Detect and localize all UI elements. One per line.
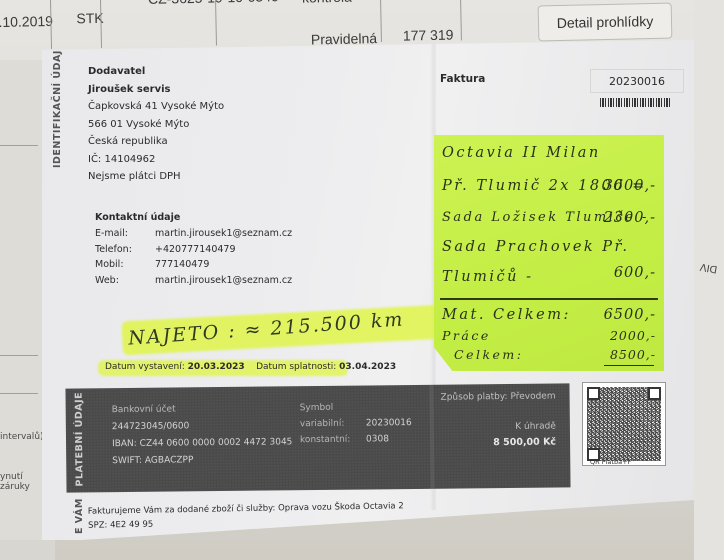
contact-title: Kontaktní údaje [95, 212, 292, 223]
qr-label: QR Platba+F [590, 458, 631, 466]
note-total-amount: 2000,- [610, 328, 656, 343]
detail-inspection-button[interactable]: Detail prohlídky [538, 3, 673, 42]
bg-protocol: CZ-3625-19-10-0540 [148, 0, 279, 7]
contact-row: Telefon:+420777140479 [95, 242, 292, 258]
contact-row: Mobil:777140479 [95, 257, 292, 273]
sticky-note: Octavia II Milan Př. Tlumič 2x 1800 = 36… [434, 135, 664, 371]
invoice-title: Faktura [440, 73, 485, 85]
constant-symbol: 0308 [366, 431, 389, 447]
right-page-edge: DIV [694, 0, 724, 560]
account-number: 244723045/0600 [112, 417, 293, 436]
payment-details-block: PLATEBNÍ ÚDAJE Bankovní účet 244723045/0… [65, 383, 570, 492]
iban: IBAN: CZ44 0600 0000 0002 4472 3045 [112, 434, 293, 453]
contact-mobile: 777140479 [155, 257, 209, 273]
invoice-dates: Datum vystavení: 20.03.2023 Datum splatn… [105, 362, 396, 372]
supplier-country: Česká republika [88, 133, 224, 151]
payment-method: Způsob platby: Převodem [440, 392, 555, 403]
bg-mileage: 177 319 [403, 27, 454, 44]
note-total-amount: 8500,- [610, 347, 656, 362]
contact-block: Kontaktní údaje E-mail:martin.jirousek1@… [95, 212, 292, 288]
bg-kind-top: kontrola [302, 0, 352, 6]
contact-phone: +420777140479 [155, 242, 236, 258]
due-date: 03.04.2023 [339, 362, 396, 372]
bg-date: .10.2019 [0, 13, 53, 30]
note-amount: 600,- [614, 265, 656, 281]
note-line: Sada Prachovek Př. [442, 239, 630, 255]
variable-symbol: 20230016 [366, 415, 412, 431]
note-line: Octavia II Milan [442, 145, 601, 161]
contact-web[interactable]: martin.jirousek1@seznam.cz [155, 273, 292, 289]
swift: SWIFT: AGBACZPP [112, 451, 293, 470]
supplier-city: 566 01 Vysoké Mýto [88, 116, 224, 134]
note-total-amount: 6500,- [604, 307, 656, 323]
left-fragment-1: intervalů) [0, 432, 44, 442]
contact-row: Web:martin.jirousek1@seznam.cz [95, 273, 292, 289]
bg-kind: Pravidelná [311, 30, 377, 47]
supplier-street: Čapkovská 41 Vysoké Mýto [88, 98, 224, 116]
supplier-label: Dodavatel [88, 63, 224, 81]
note-total-label: Práce [442, 328, 491, 343]
note-divider [440, 298, 658, 300]
issue-date: 20.03.2023 [188, 362, 245, 372]
symbols-block: Symbol variabilní:20230016 konstantní:03… [300, 399, 412, 448]
note-total-label: Celkem: [454, 347, 524, 362]
note-total-label: Mat. Celkem: [442, 307, 571, 323]
qr-code-icon [582, 382, 666, 466]
amount-due: 8 500,00 Kč [493, 437, 556, 449]
section-label-bottom: E VÁM [74, 498, 85, 534]
supplier-ico: IČ: 14104962 [88, 151, 224, 169]
note-underline [604, 365, 654, 366]
barcode-icon [600, 98, 672, 107]
invoice-number: 20230016 [590, 69, 684, 93]
supplier-block: Dodavatel Jiroušek servis Čapkovská 41 V… [88, 63, 224, 186]
note-line: Tlumičů - [442, 269, 534, 285]
supplier-vat-note: Nejsme plátci DPH [88, 168, 224, 186]
section-label-identification: IDENTIFIKAČNÍ ÚDAJE [52, 43, 63, 168]
note-amount: 2300,- [604, 210, 656, 226]
note-amount: 3600,- [604, 178, 656, 194]
right-fragment: DIV [699, 261, 718, 275]
contact-row: E-mail:martin.jirousek1@seznam.cz [95, 226, 292, 242]
section-label-payment: PLATEBNÍ ÚDAJE [74, 392, 86, 487]
bank-account-block: Bankovní účet 244723045/0600 IBAN: CZ44 … [112, 400, 293, 470]
contact-email[interactable]: martin.jirousek1@seznam.cz [155, 226, 292, 242]
supplier-name: Jiroušek servis [88, 81, 224, 99]
